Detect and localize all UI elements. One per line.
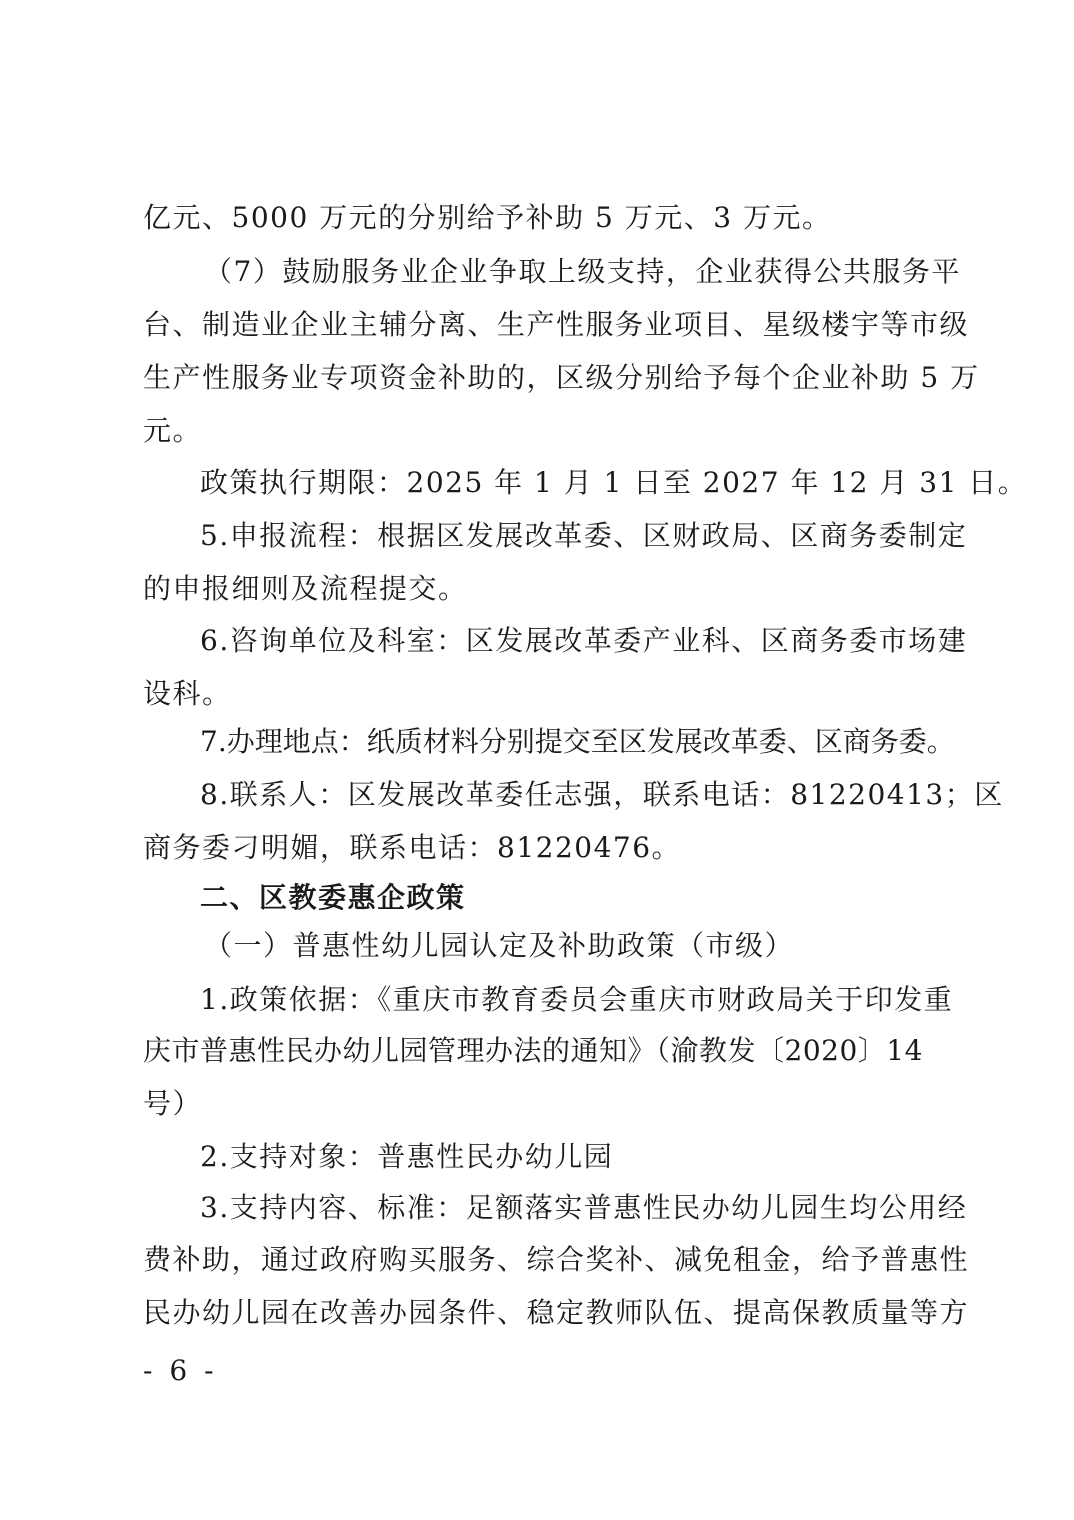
paragraph-line: 亿元、5000 万元的分别给予补助 5 万元、3 万元。 [143,200,943,236]
paragraph-line: 1.政策依据：《重庆市教育委员会重庆市财政局关于印发重 [200,982,1000,1018]
paragraph-line: 号） [143,1086,943,1122]
paragraph-line: 设科。 [143,676,943,712]
paragraph-line: 3.支持内容、标准：足额落实普惠性民办幼儿园生均公用经 [200,1190,1000,1226]
paragraph-line: 元。 [143,413,943,449]
paragraph-line: （7）鼓励服务业企业争取上级支持，企业获得公共服务平 [204,254,1004,290]
paragraph-line: 台、制造业企业主辅分离、生产性服务业项目、星级楼宇等市级 [143,307,943,343]
policy-period-line: 政策执行期限：2025 年 1 月 1 日至 2027 年 12 月 31 日。 [200,465,1000,501]
paragraph-line: 的申报细则及流程提交。 [143,571,943,607]
contact-line: 8.联系人：区发展改革委任志强，联系电话：81220413；区 [200,777,1000,813]
paragraph-line: 5.申报流程：根据区发展改革委、区财政局、区商务委制定 [200,518,1000,554]
paragraph-line: 7.办理地点：纸质材料分别提交至区发展改革委、区商务委。 [200,724,1000,760]
paragraph-line: 民办幼儿园在改善办园条件、稳定教师队伍、提高保教质量等方 [143,1295,943,1331]
contact-line: 商务委刁明媚，联系电话：81220476。 [143,830,943,866]
paragraph-line: 生产性服务业专项资金补助的，区级分别给予每个企业补助 5 万 [143,360,943,396]
page-number: - 6 - [143,1353,218,1389]
paragraph-line: 6.咨询单位及科室：区发展改革委产业科、区商务委市场建 [200,623,1000,659]
paragraph-line: 2.支持对象：普惠性民办幼儿园 [200,1139,1000,1175]
paragraph-line: 庆市普惠性民办幼儿园管理办法的通知》（渝教发〔2020〕14 [143,1033,943,1069]
section-heading: 二、区教委惠企政策 [200,880,1000,916]
subsection-heading: （一）普惠性幼儿园认定及补助政策（市级） [204,928,1004,964]
document-page: 亿元、5000 万元的分别给予补助 5 万元、3 万元。 （7）鼓励服务业企业争… [0,0,1074,1520]
paragraph-line: 费补助，通过政府购买服务、综合奖补、减免租金，给予普惠性 [143,1242,943,1278]
